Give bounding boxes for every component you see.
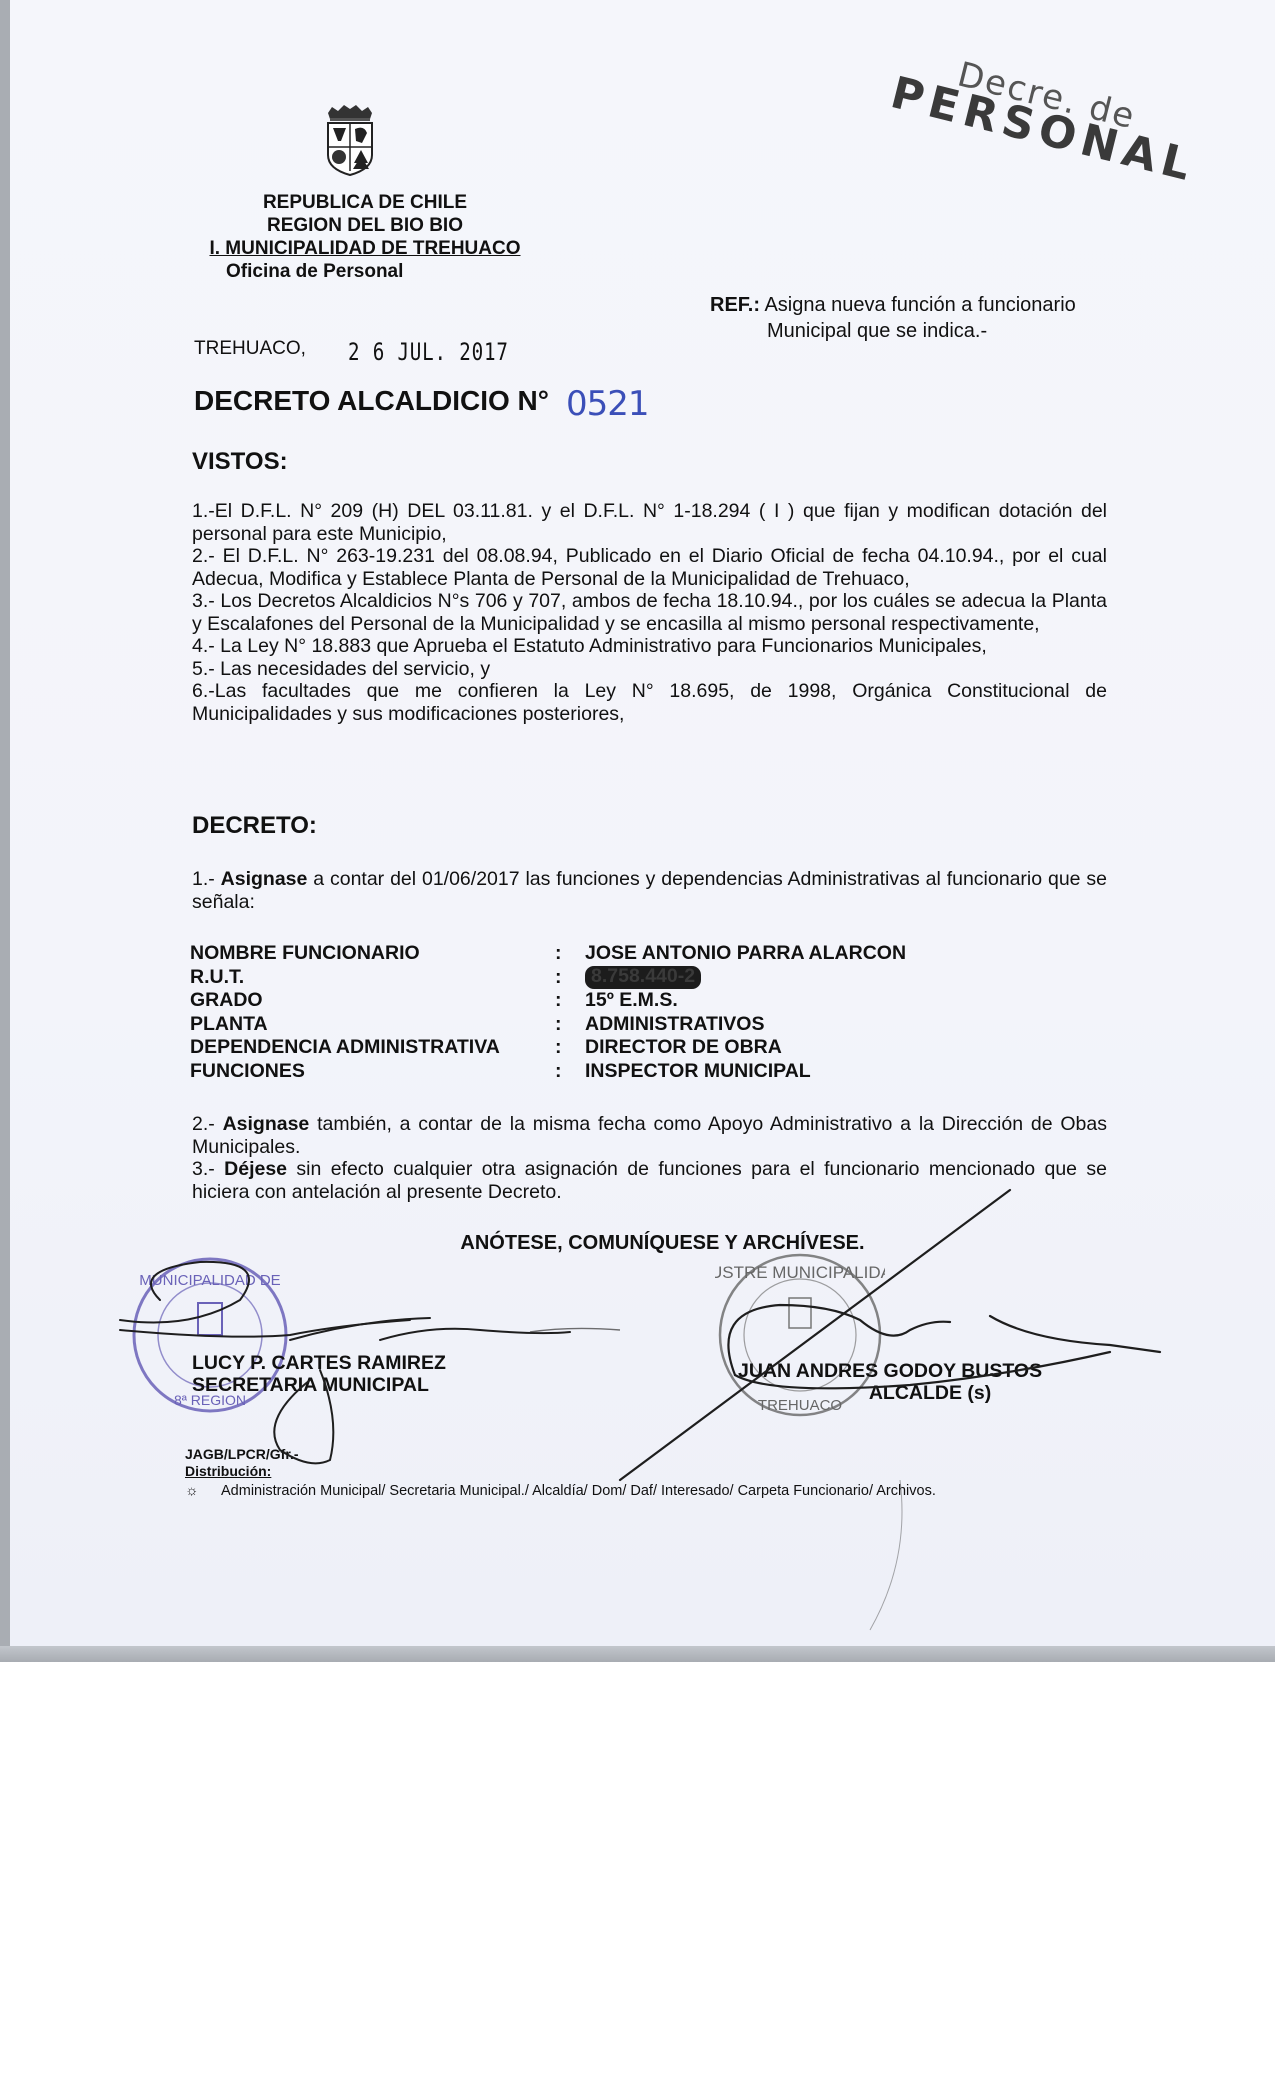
field-value: JOSE ANTONIO PARRA ALARCON	[585, 942, 906, 966]
field-label: PLANTA	[190, 1013, 555, 1037]
vistos-item: 2.- El D.F.L. N° 263-19.231 del 08.08.94…	[192, 545, 1107, 590]
personal-stamp: Decre. de PERSONAL	[886, 40, 1208, 192]
employee-fields: NOMBRE FUNCIONARIO : JOSE ANTONIO PARRA …	[190, 942, 906, 1083]
field-value-redacted: 8.758.440-2	[585, 966, 701, 990]
item-2-keyword: Asignase	[223, 1113, 310, 1135]
vistos-item: 4.- La Ley N° 18.883 que Aprueba el Esta…	[192, 635, 1107, 658]
secretary-name: LUCY P. CARTES RAMIREZ	[192, 1352, 446, 1374]
mayor-signature-block: JUAN ANDRES GODOY BUSTOS ALCALDE (s)	[738, 1360, 1042, 1404]
item-3-text: sin efecto cualquier otra asignación de …	[192, 1158, 1107, 1203]
item-1-keyword: Asignase	[221, 868, 308, 890]
field-separator: :	[555, 966, 585, 990]
svg-text:MUNICIPALIDAD DE: MUNICIPALIDAD DE	[139, 1272, 280, 1289]
decree-title: DECRETO ALCALDICIO N°	[194, 385, 549, 417]
decreto-item-1: 1.- Asignase a contar del 01/06/2017 las…	[192, 868, 1107, 913]
field-label: GRADO	[190, 989, 555, 1013]
field-separator: :	[555, 1036, 585, 1060]
field-row-planta: PLANTA : ADMINISTRATIVOS	[190, 1013, 906, 1037]
field-row-rut: R.U.T. : 8.758.440-2	[190, 966, 906, 990]
field-separator: :	[555, 989, 585, 1013]
field-value: DIRECTOR DE OBRA	[585, 1036, 782, 1060]
vistos-item: 5.- Las necesidades del servicio, y	[192, 658, 1107, 681]
mayor-name: JUAN ANDRES GODOY BUSTOS	[738, 1360, 1042, 1382]
letterhead-country: REPUBLICA DE CHILE	[190, 191, 540, 214]
field-separator: :	[555, 1060, 585, 1084]
decreto-heading: DECRETO:	[192, 812, 317, 840]
field-separator: :	[555, 1013, 585, 1037]
letterhead-municipality: I. MUNICIPALIDAD DE TREHUACO	[190, 237, 540, 260]
reference-line-1: Asigna nueva función a funcionario	[764, 294, 1075, 316]
decree-number-handwritten: 0521	[566, 384, 649, 424]
distribution-heading: Distribución:	[185, 1463, 271, 1479]
bullet-icon: ☼	[185, 1483, 221, 1499]
field-label: NOMBRE FUNCIONARIO	[190, 942, 555, 966]
field-label: FUNCIONES	[190, 1060, 555, 1084]
decreto-item-3: 3.- Déjese sin efecto cualquier otra asi…	[192, 1158, 1107, 1203]
place-label: TREHUACO,	[194, 338, 306, 360]
field-separator: :	[555, 942, 585, 966]
distribution-text: Administración Municipal/ Secretaria Mun…	[221, 1483, 936, 1499]
initials: JAGB/LPCR/Gfr.-	[185, 1446, 299, 1462]
decreto-items-2-3: 2.- Asignase también, a contar de la mis…	[192, 1113, 1107, 1203]
distribution-list: ☼Administración Municipal/ Secretaria Mu…	[185, 1483, 936, 1499]
field-value: ADMINISTRATIVOS	[585, 1013, 764, 1037]
svg-text:ILUSTRE MUNICIPALIDAD: ILUSTRE MUNICIPALIDAD	[715, 1263, 885, 1282]
vistos-item: 6.-Las facultades que me confieren la Le…	[192, 680, 1107, 725]
item-2-prefix: 2.-	[192, 1113, 223, 1135]
letterhead-region: REGION DEL BIO BIO	[190, 214, 540, 237]
item-3-prefix: 3.-	[192, 1158, 224, 1180]
vistos-item: 3.- Los Decretos Alcaldicios N°s 706 y 7…	[192, 590, 1107, 635]
date-stamp: 2 6 JUL. 2017	[348, 338, 509, 366]
scan-bottom-edge	[0, 1646, 1275, 1662]
field-row-grade: GRADO : 15º E.M.S.	[190, 989, 906, 1013]
reference-block: REF.: Asigna nueva función a funcionario…	[710, 292, 1076, 344]
item-1-prefix: 1.-	[192, 868, 221, 890]
decreto-item-2: 2.- Asignase también, a contar de la mis…	[192, 1113, 1107, 1158]
secretary-signature-block: LUCY P. CARTES RAMIREZ SECRETARIA MUNICI…	[192, 1352, 446, 1396]
item-1-text: a contar del 01/06/2017 las funciones y …	[192, 868, 1107, 913]
item-2-text: también, a contar de la misma fecha como…	[192, 1113, 1107, 1158]
field-row-funciones: FUNCIONES : INSPECTOR MUNICIPAL	[190, 1060, 906, 1084]
field-row-name: NOMBRE FUNCIONARIO : JOSE ANTONIO PARRA …	[190, 942, 906, 966]
closing-formula: ANÓTESE, COMUNÍQUESE Y ARCHÍVESE.	[10, 1232, 1275, 1255]
reference-line-2: Municipal que se indica.-	[710, 318, 1076, 344]
field-value: INSPECTOR MUNICIPAL	[585, 1060, 811, 1084]
vistos-list: 1.-El D.F.L. N° 209 (H) DEL 03.11.81. y …	[192, 500, 1107, 725]
mayor-role: ALCALDE (s)	[738, 1382, 1042, 1404]
item-3-keyword: Déjese	[224, 1158, 287, 1180]
secretary-role: SECRETARIA MUNICIPAL	[192, 1374, 446, 1396]
field-value: 15º E.M.S.	[585, 989, 678, 1013]
reference-label: REF.:	[710, 294, 760, 316]
field-label: R.U.T.	[190, 966, 555, 990]
field-row-dependencia: DEPENDENCIA ADMINISTRATIVA : DIRECTOR DE…	[190, 1036, 906, 1060]
field-label: DEPENDENCIA ADMINISTRATIVA	[190, 1036, 555, 1060]
letterhead-office: Oficina de Personal	[190, 260, 540, 283]
letterhead: REPUBLICA DE CHILE REGION DEL BIO BIO I.…	[190, 191, 540, 283]
coat-of-arms-icon	[322, 103, 378, 177]
scan-edge	[0, 0, 10, 1660]
vistos-heading: VISTOS:	[192, 448, 288, 476]
vistos-item: 1.-El D.F.L. N° 209 (H) DEL 03.11.81. y …	[192, 500, 1107, 545]
decree-page: REPUBLICA DE CHILE REGION DEL BIO BIO I.…	[10, 0, 1275, 1646]
